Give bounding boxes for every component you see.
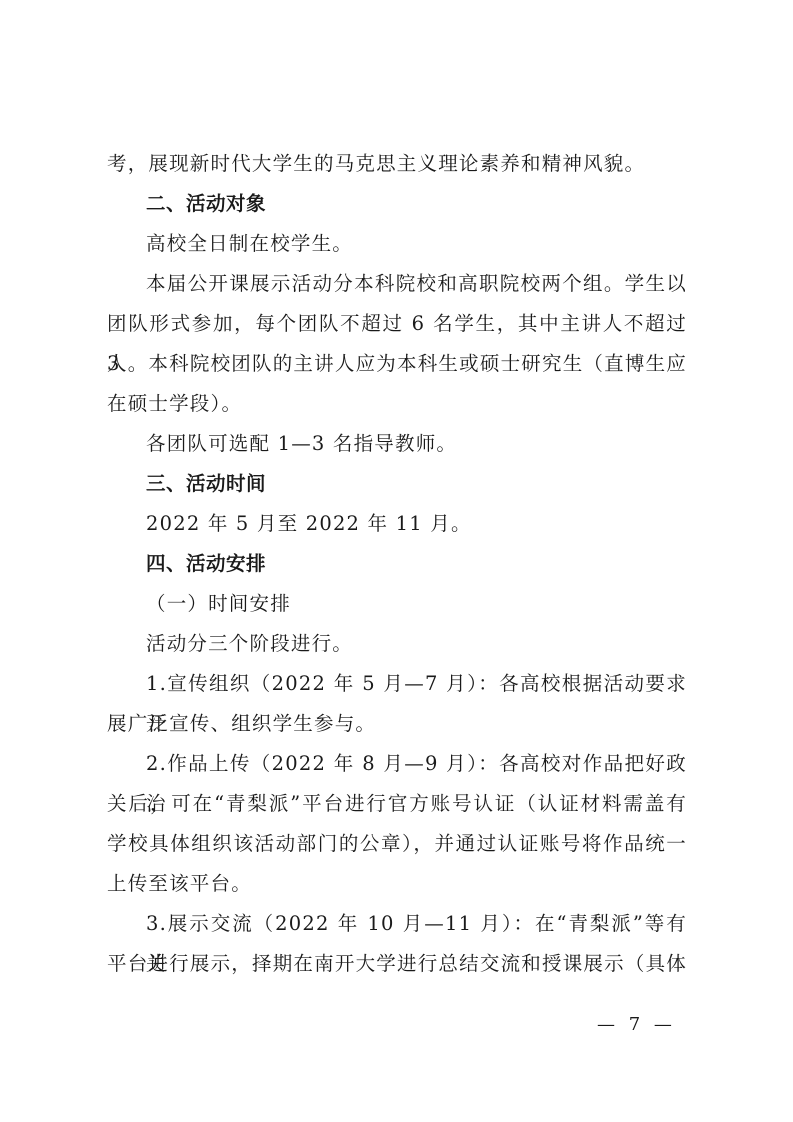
paragraph-line: 高校全日制在校学生。 [107, 224, 687, 264]
section-heading-time: 三、活动时间 [107, 464, 687, 504]
page-number: — 7 — [597, 1014, 676, 1035]
paragraph-line: 学校具体组织该活动部门的公章），并通过认证账号将作品统一 [107, 824, 687, 864]
paragraph-line: 本届公开课展示活动分本科院校和高职院校两个组。学生以 [107, 264, 687, 304]
paragraph-line: 2022 年 5 月至 2022 年 11 月。 [107, 504, 687, 544]
document-body: 考，展现新时代大学生的马克思主义理论素养和精神风貌。 二、活动对象 高校全日制在… [107, 144, 687, 984]
subsection-heading: （一）时间安排 [107, 584, 687, 624]
section-heading-target: 二、活动对象 [107, 184, 687, 224]
paragraph-line: 展广泛宣传、组织学生参与。 [107, 704, 687, 744]
paragraph-line: 考，展现新时代大学生的马克思主义理论素养和精神风貌。 [107, 144, 687, 184]
paragraph-line: 关后，可在“青梨派”平台进行官方账号认证（认证材料需盖有 [107, 784, 687, 824]
section-heading-arrangement: 四、活动安排 [107, 544, 687, 584]
paragraph-line: 上传至该平台。 [107, 864, 687, 904]
paragraph-line: 团队形式参加，每个团队不超过 6 名学生，其中主讲人不超过 3 [107, 304, 687, 344]
paragraph-line: 在硕士学段）。 [107, 384, 687, 424]
paragraph-line: 平台进行展示，择期在南开大学进行总结交流和授课展示（具体 [107, 944, 687, 984]
paragraph-line: 人。本科院校团队的主讲人应为本科生或硕士研究生（直博生应 [107, 344, 687, 384]
paragraph-line: 活动分三个阶段进行。 [107, 624, 687, 664]
paragraph-line: 1.宣传组织（2022 年 5 月—7 月）：各高校根据活动要求开 [107, 664, 687, 704]
paragraph-line: 各团队可选配 1—3 名指导教师。 [107, 424, 687, 464]
paragraph-line: 3.展示交流（2022 年 10 月—11 月）：在“青梨派”等有关 [107, 904, 687, 944]
paragraph-line: 2.作品上传（2022 年 8 月—9 月）：各高校对作品把好政治 [107, 744, 687, 784]
